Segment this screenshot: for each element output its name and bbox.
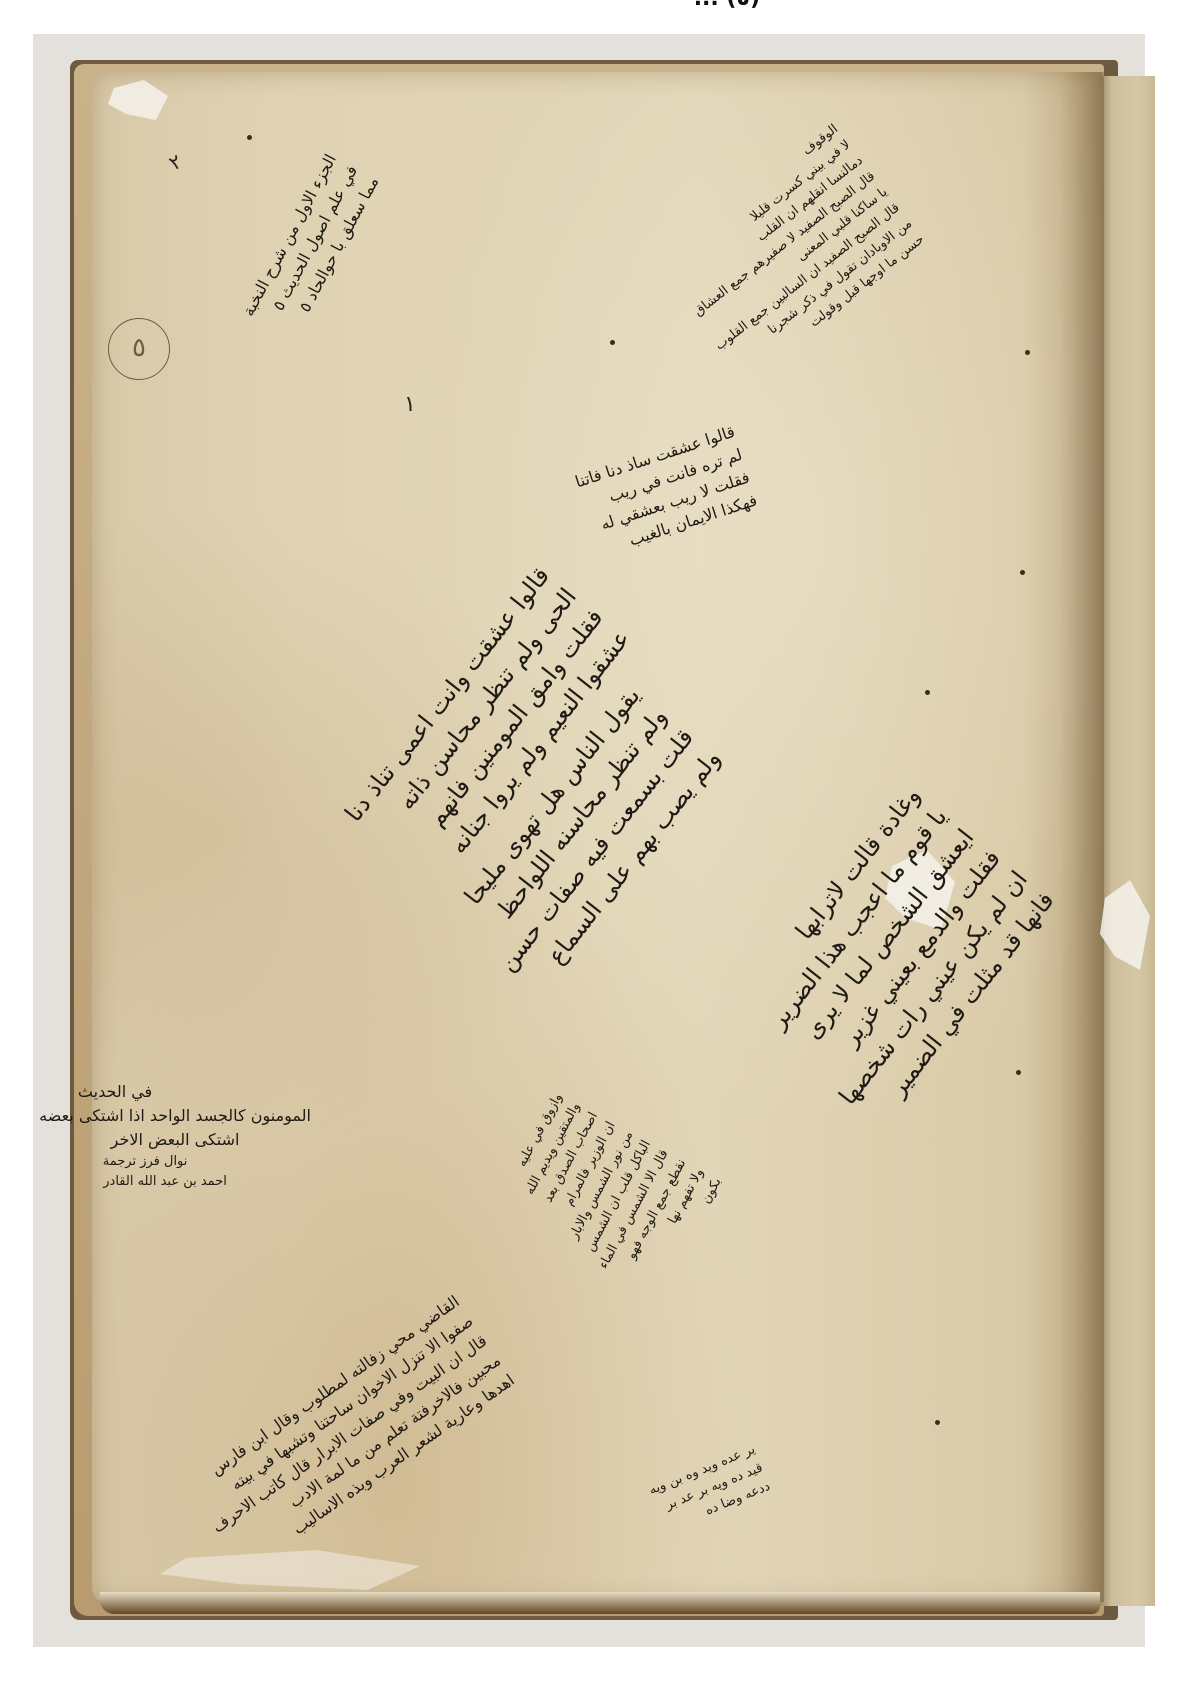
worm-hole [925, 690, 930, 695]
worm-hole [610, 340, 615, 345]
note-line: المومنون كالجسد الواحد اذا اشتكى بعضه [39, 1104, 311, 1128]
bottom-page-edges [100, 1592, 1100, 1614]
worm-hole [1020, 570, 1025, 575]
worm-hole [1016, 1070, 1021, 1075]
worm-hole [935, 1420, 940, 1425]
margin-numeral: ١ [404, 392, 416, 417]
worm-hole [247, 135, 252, 140]
top-caption: (٥) ... [560, 0, 760, 10]
folio-number-marker: ٥ [108, 318, 170, 380]
gutter-shadow [1060, 72, 1104, 1602]
note-line: اشتكى البعض الاخر [39, 1128, 311, 1152]
hadith-note: في الحديث المومنون كالجسد الواحد اذا اشت… [39, 1080, 311, 1192]
note-line: في الحديث [39, 1080, 311, 1104]
worm-hole [1025, 350, 1030, 355]
note-line: نوال فرز ترجمة [39, 1152, 311, 1172]
note-line: احمد بن عبد الله القادر [39, 1172, 311, 1192]
facing-leaf [1097, 76, 1155, 1606]
